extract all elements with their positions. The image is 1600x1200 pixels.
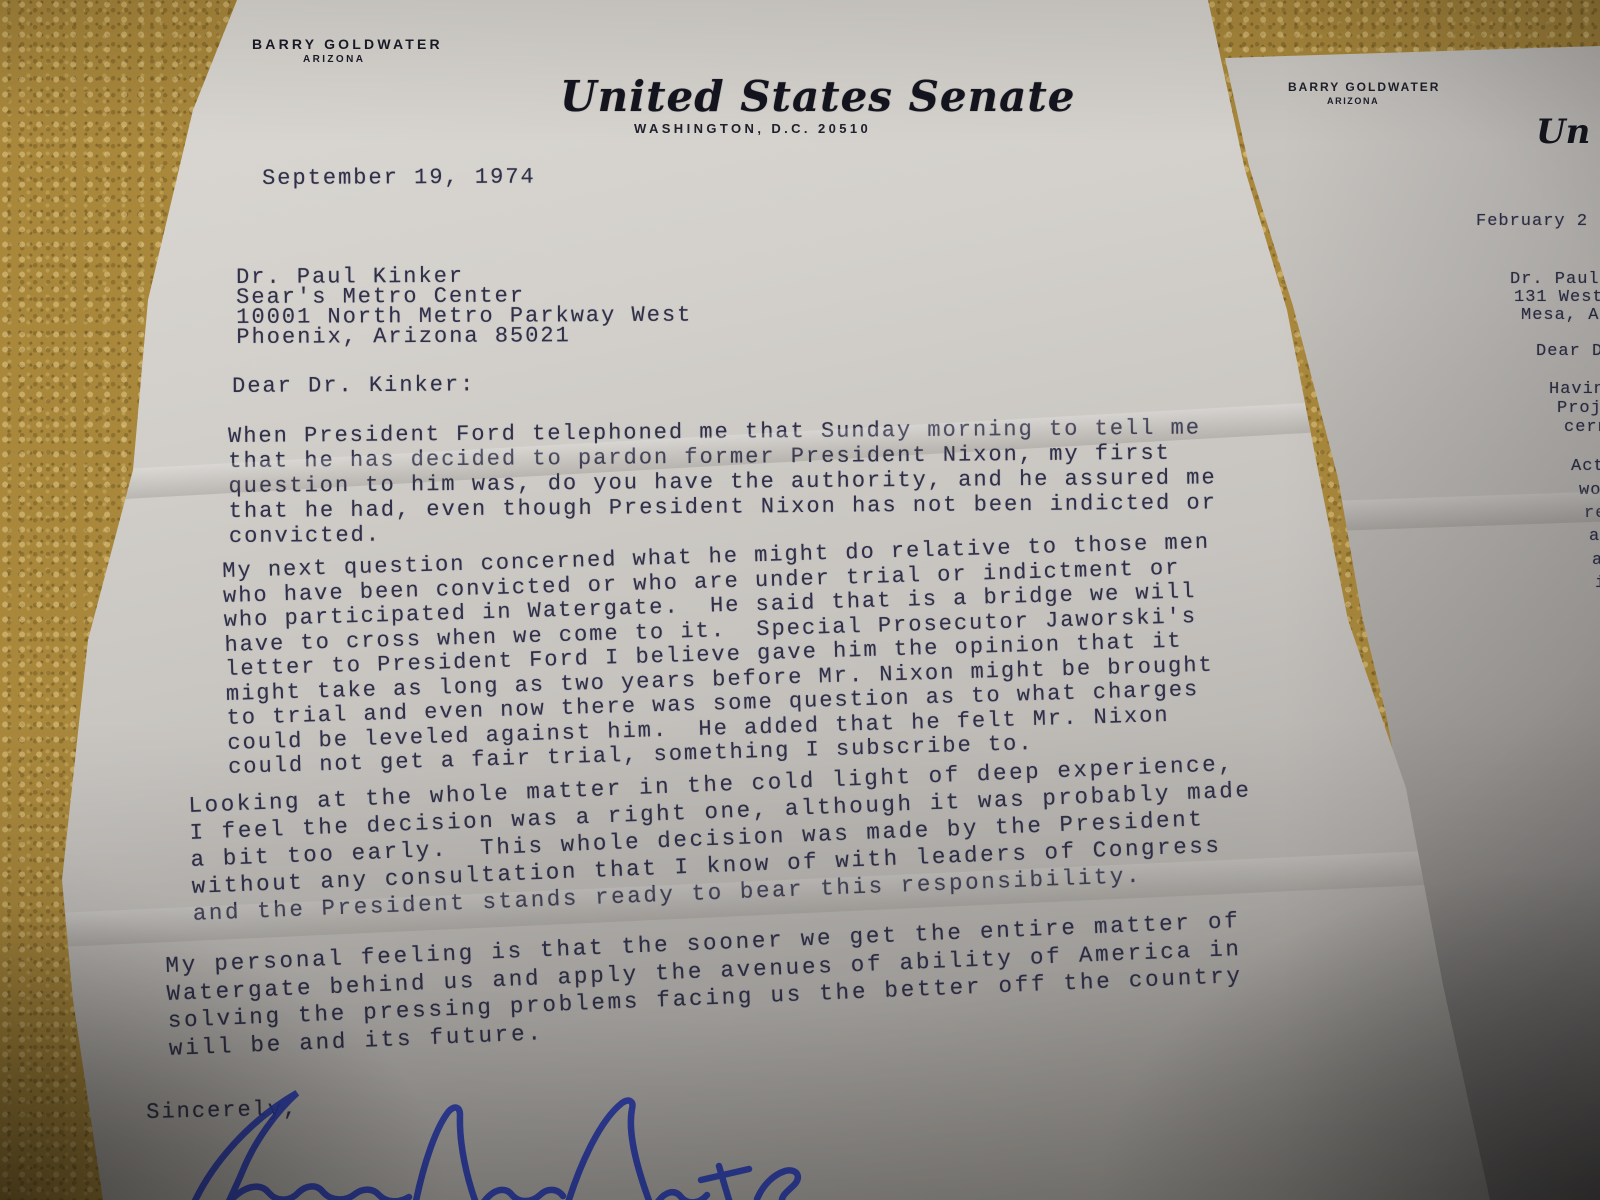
recipient-address-block: Dr. Paul KinkerSear's Metro Center10001 …	[236, 266, 692, 348]
letterhead-state: ARIZONA	[303, 54, 365, 65]
typed-line-fragment: cern	[1564, 418, 1600, 437]
letterhead-sender: BARRY GOLDWATER	[252, 36, 443, 52]
second-letter-date-fragment: February 2	[1476, 212, 1588, 231]
typed-line-fragment: i	[1595, 574, 1600, 593]
typed-line-fragment: a	[1589, 527, 1600, 546]
second-letterhead-state: ARIZONA	[1327, 96, 1379, 106]
second-letterhead-org-partial: Un	[1536, 112, 1590, 152]
paragraph-2: My next question concerned what he might…	[222, 531, 1216, 781]
typed-line-fragment: 131 West	[1514, 288, 1600, 307]
salutation-line: Dear Dr. Kinker:	[232, 372, 475, 399]
typed-line-fragment: Mesa, A	[1521, 306, 1599, 325]
typed-line-fragment: Dear D	[1536, 342, 1600, 361]
letterhead-organization: United States Senate	[560, 72, 1076, 121]
closing-line: Sincerely,	[146, 1097, 299, 1125]
typed-line-fragment: Dr. Paul	[1510, 270, 1600, 289]
typed-line-fragment: Proj	[1557, 399, 1600, 418]
typed-line-fragment: re	[1584, 504, 1600, 523]
paragraph-4: My personal feeling is that the sooner w…	[165, 908, 1245, 1063]
paragraph-1: When President Ford telephoned me that S…	[228, 415, 1217, 549]
date-line: September 19, 1974	[262, 165, 536, 191]
letterhead-address: WASHINGTON, D.C. 20510	[634, 121, 871, 136]
second-letterhead-sender: BARRY GOLDWATER	[1288, 80, 1440, 94]
typed-line-fragment: a	[1592, 551, 1600, 570]
paragraph-3: Looking at the whole matter in the cold …	[188, 750, 1255, 928]
photo-of-letters-on-towel: BARRY GOLDWATER ARIZONA Un February 2 Dr…	[0, 0, 1600, 1200]
recipient-line: Phoenix, Arizona 85021	[236, 326, 692, 348]
typed-line-fragment: wo	[1579, 481, 1600, 500]
typed-line-fragment: Havin	[1549, 380, 1600, 399]
typed-line-fragment: Act	[1571, 457, 1600, 476]
